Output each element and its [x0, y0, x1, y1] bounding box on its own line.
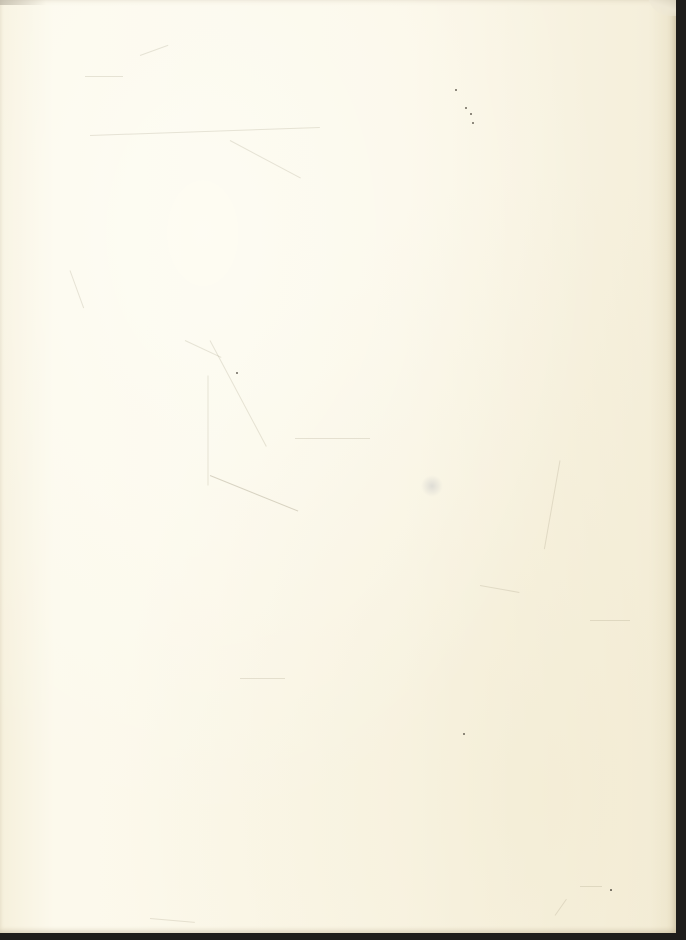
- paper-scratch: [70, 270, 85, 308]
- page-edge-fold: [0, 0, 46, 5]
- paper-scratch: [185, 340, 222, 358]
- paper-scratch: [580, 886, 602, 887]
- paper-scratch: [208, 376, 209, 486]
- paper-scratch: [90, 127, 320, 136]
- paper-scratch: [230, 140, 301, 178]
- paper-scratch: [295, 438, 370, 439]
- paper-speck: [610, 889, 612, 891]
- paper-scratch: [555, 899, 567, 916]
- blank-paper-page: [0, 0, 676, 933]
- paper-scratch: [544, 460, 561, 549]
- paper-speck: [463, 733, 465, 735]
- paper-scratch: [210, 475, 298, 512]
- page-corner-curl: [648, 0, 676, 16]
- paper-scratch: [140, 45, 169, 56]
- paper-speck: [236, 372, 238, 374]
- paper-speck: [465, 107, 467, 109]
- paper-speck: [472, 122, 474, 124]
- paper-stain: [421, 475, 443, 497]
- paper-scratch: [480, 585, 520, 593]
- paper-scratch: [240, 678, 285, 679]
- paper-speck: [455, 89, 457, 91]
- paper-speck: [470, 113, 472, 115]
- paper-scratch: [590, 620, 630, 621]
- scanner-background: [0, 0, 686, 940]
- paper-scratch: [150, 918, 195, 923]
- paper-scratch: [85, 76, 123, 77]
